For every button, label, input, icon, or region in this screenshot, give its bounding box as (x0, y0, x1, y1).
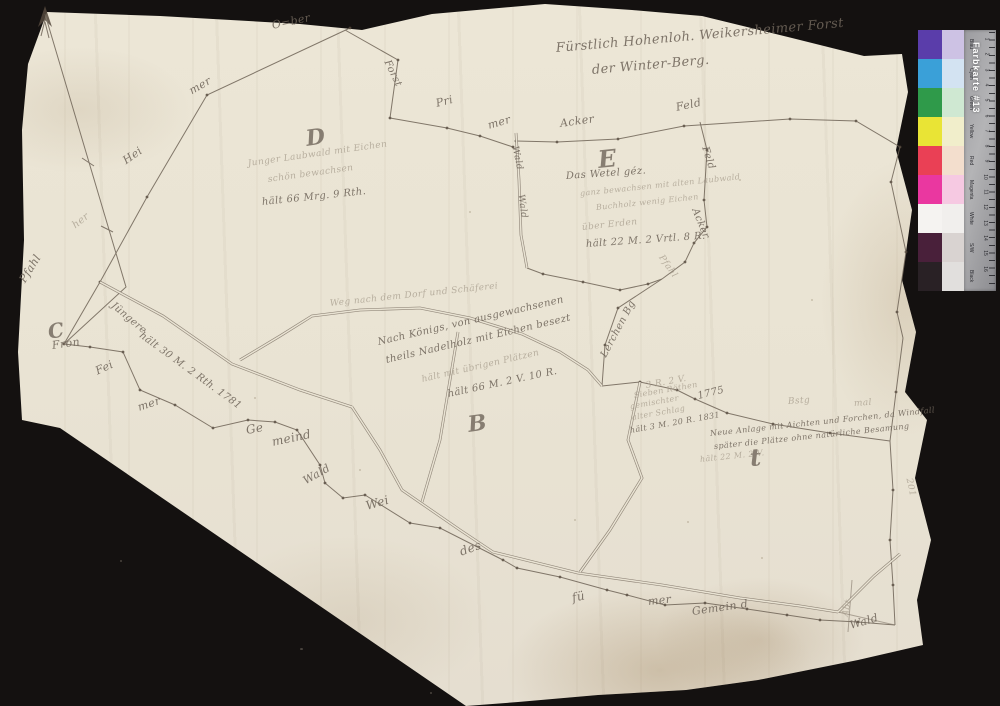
color-swatch-light (942, 117, 964, 146)
map-label: mer (647, 594, 671, 607)
ruler-number: 12 (982, 205, 988, 211)
color-swatch (918, 59, 942, 88)
ruler-number: 7 (984, 129, 990, 132)
color-swatch (918, 88, 942, 117)
color-swatch-light (942, 233, 964, 262)
color-swatch-light (942, 59, 964, 88)
color-swatch-row (918, 30, 964, 59)
ruler-row-label: Red (964, 146, 974, 175)
ruler-row-label: Green (964, 88, 974, 117)
color-swatch-light (942, 88, 964, 117)
scanned-map-sheet: Fürstlich Hohenloh. Weikersheimer Forst … (0, 0, 1000, 706)
color-calibration-card: Farbkarte #13 BlauCyanGreenYellowRedMage… (918, 30, 996, 291)
ruler-number: 6 (984, 114, 990, 117)
ruler-row-label: Blau (964, 30, 974, 59)
ruler-number: 10 (982, 174, 988, 180)
color-swatch (918, 146, 942, 175)
color-swatch-row (918, 146, 964, 175)
ruler-number: 8 (984, 145, 990, 148)
color-swatch (918, 117, 942, 146)
map-label: mal (854, 399, 873, 409)
color-swatch-light (942, 204, 964, 233)
section-letter: D (304, 125, 326, 149)
road-lines (100, 133, 900, 612)
map-label: fü (571, 589, 586, 603)
ruler-number: 3 (984, 68, 990, 71)
color-swatch-row (918, 88, 964, 117)
color-swatch-light (942, 30, 964, 59)
paper-speckles (254, 179, 813, 559)
ruler-number: 16 (982, 266, 988, 272)
ruler-number: 14 (982, 235, 988, 241)
ruler-number: 4 (984, 84, 990, 87)
color-swatch-light (942, 175, 964, 204)
color-swatch (918, 204, 942, 233)
ruler-row-label: Black (964, 262, 974, 291)
color-swatch-row (918, 204, 964, 233)
map-label: Ge (245, 421, 264, 436)
color-swatch (918, 30, 942, 59)
color-swatch-light (942, 146, 964, 175)
color-swatch-row (918, 262, 964, 291)
color-card-swatches (918, 30, 964, 291)
dust-speck (430, 692, 432, 694)
ruler-row-label: S/W (964, 233, 974, 262)
section-letter: B (466, 411, 488, 435)
color-swatch-row (918, 233, 964, 262)
dust-speck (300, 648, 303, 650)
map-label: Bstg (788, 396, 811, 407)
color-swatch-light (942, 262, 964, 291)
color-card-ruler: Farbkarte #13 BlauCyanGreenYellowRedMage… (964, 30, 996, 291)
ruler-number: 11 (982, 189, 988, 194)
color-swatch-row (918, 175, 964, 204)
ruler-number: 9 (984, 160, 990, 163)
dust-speck (120, 560, 122, 562)
color-swatch (918, 175, 942, 204)
ruler-number: 5 (984, 99, 990, 102)
ruler-row-label: White (964, 204, 974, 233)
ruler-number: 13 (982, 220, 988, 226)
color-swatch-row (918, 59, 964, 88)
color-swatch-row (918, 117, 964, 146)
ruler-number: 2 (984, 53, 990, 56)
ruler-row-label: Yellow (964, 117, 974, 146)
map-label: Wald (516, 194, 528, 219)
ruler-row-label: Magenta (964, 175, 974, 204)
color-swatch (918, 262, 942, 291)
ruler-number: 1 (984, 38, 990, 41)
ruler-row-label: Cyan (964, 59, 974, 88)
ruler-number: 15 (982, 250, 988, 256)
color-swatch (918, 233, 942, 262)
